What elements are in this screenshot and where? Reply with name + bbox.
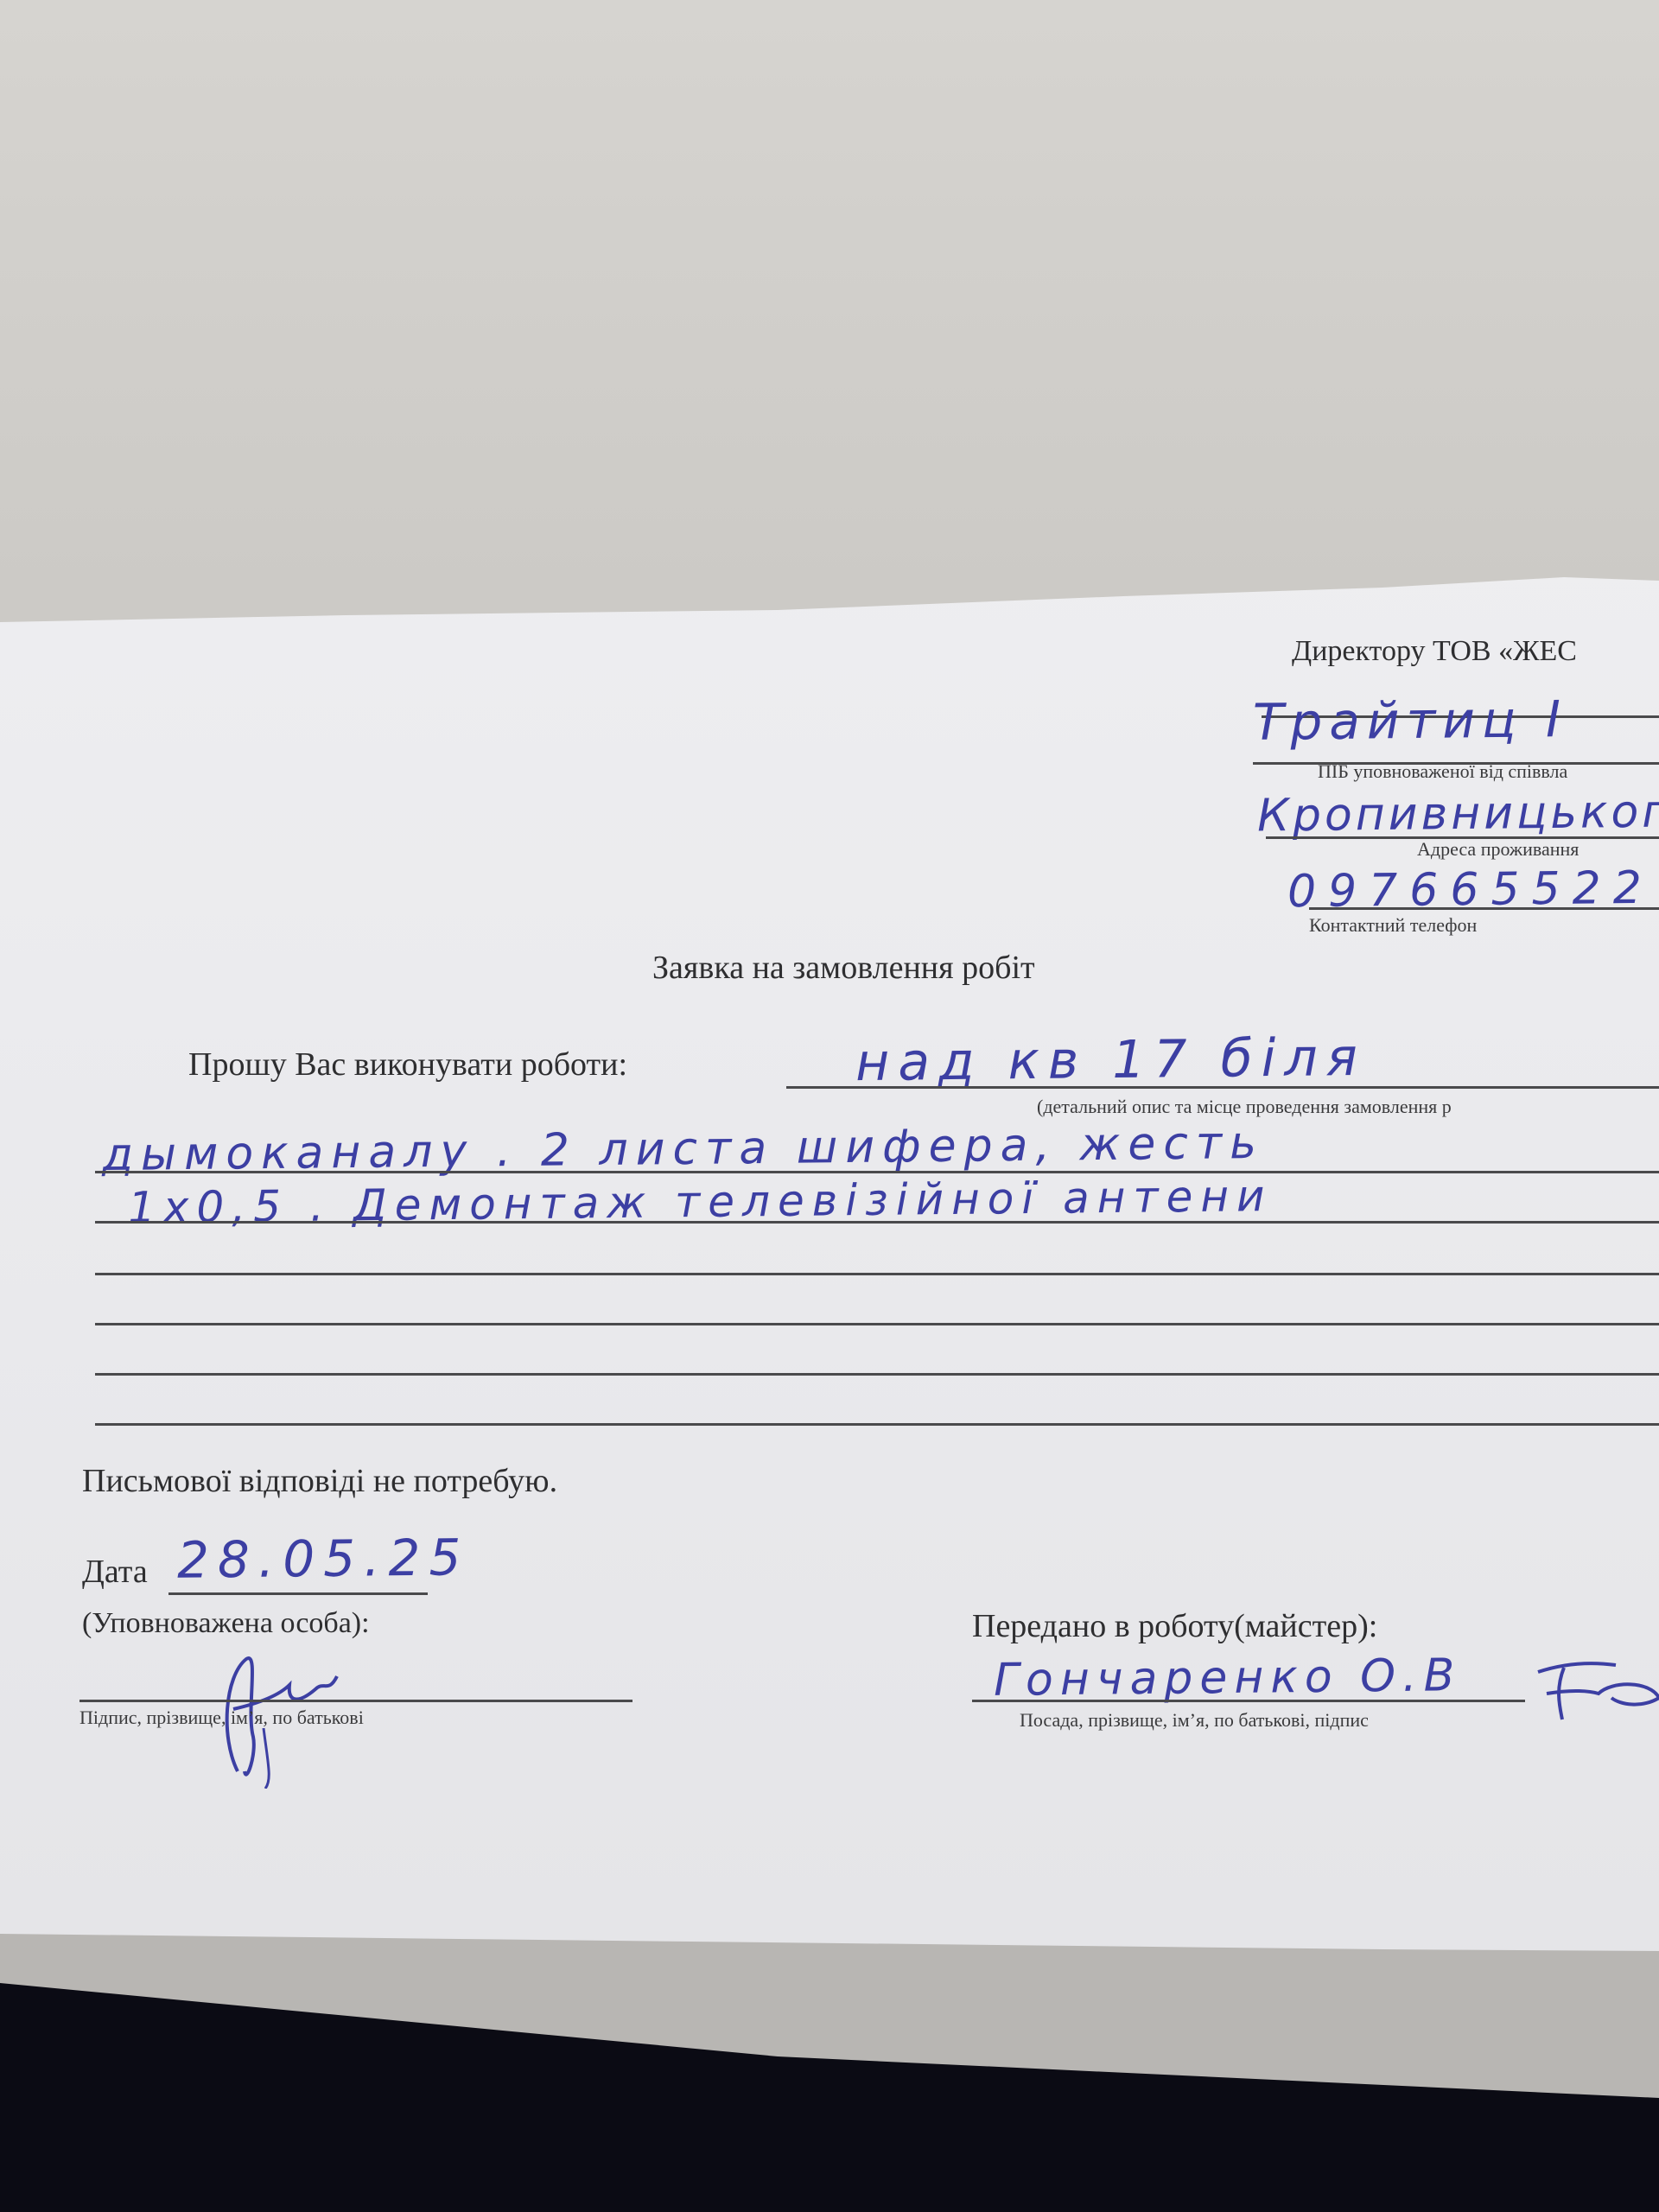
applicant-phone-caption: Контактний телефон [1309,914,1477,937]
request-rule-2 [95,1171,1659,1173]
master-label: Передано в роботу(майстер): [972,1607,1377,1645]
request-rule-4 [95,1273,1659,1275]
request-rule-7 [95,1423,1659,1426]
applicant-address-caption: Адреса проживання [1417,838,1579,861]
authorized-person-label: (Уповноважена особа): [82,1607,370,1640]
date-label: Дата [82,1553,148,1591]
applicant-name[interactable]: Трайтиц І [1253,690,1568,752]
request-line-3[interactable]: 1х0,5 . Демонтаж телевізійної антени [128,1171,1273,1233]
background-surface [0,0,1659,657]
request-rule-1 [786,1086,1659,1089]
request-rule-5 [95,1323,1659,1325]
master-name[interactable]: Гончаренко О.В [994,1649,1462,1707]
authorized-signature-rule [79,1700,632,1702]
form-title: Заявка на замовлення робіт [652,949,1035,987]
date-rule [168,1592,428,1595]
request-label: Прошу Вас виконувати роботи: [188,1046,627,1084]
applicant-address[interactable]: Кропивницьког [1257,786,1659,842]
master-rule [972,1700,1525,1702]
applicant-name-caption: ПІБ уповноваженої від співвла [1318,760,1567,783]
request-rule-3 [95,1221,1659,1224]
no-reply-text: Письмової відповіді не потребую. [82,1462,557,1500]
request-rule-6 [95,1373,1659,1376]
request-caption: (детальний опис та місце проведення замо… [1037,1096,1452,1118]
phone-rule [1309,907,1659,910]
master-signature[interactable] [1529,1655,1659,1732]
date-value[interactable]: 28.05.25 [177,1528,470,1590]
request-line-1[interactable]: над кв 17 біля [855,1027,1366,1093]
authorized-person-caption: Підпис, прізвище, ім’я, по батькові [79,1707,364,1729]
master-caption: Посада, прізвище, ім’я, по батькові, під… [1020,1709,1369,1732]
addressee-header: Директору ТОВ «ЖЕС [1292,635,1577,668]
